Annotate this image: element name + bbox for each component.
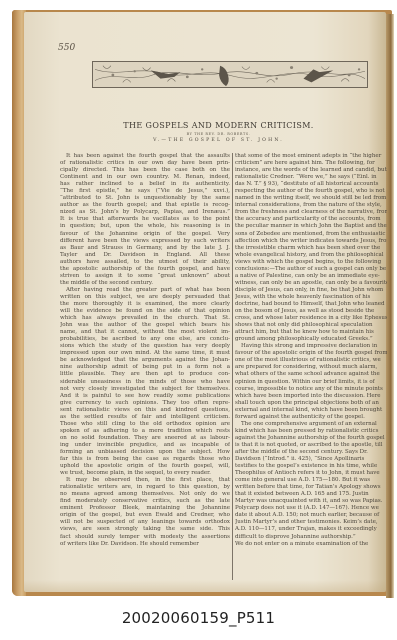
text-line: We do not enter on a minute examination … [235,541,387,548]
text-line: date it about A.D. 150; not much earlier… [235,512,387,519]
text-line: A.D. 110—117, under Trajan, makes it exc… [235,526,387,533]
text-line: name, and that it cannot, without the mo… [60,329,230,336]
text-line: After having read the greater part of wh… [60,287,230,294]
decorative-banner-icon [92,61,368,88]
left-text-column: It has been against the fourth gospel th… [60,153,230,548]
text-line: affection which the writer indicates tow… [235,238,387,245]
article-byline: BY THE REV. DR. ROBERTS. [0,132,397,136]
text-line: It has been against the fourth gospel th… [60,153,230,160]
text-line: witness, can only be an apostle, can onl… [235,280,387,287]
text-line: uphold the apostolic origin of the fourt… [60,463,230,470]
text-line: difficult to disprove Johannine authorsh… [235,534,387,541]
text-line: forming an unbiassed decision upon the s… [60,449,230,456]
text-line: ing under invincible prejudice, and as i… [60,442,230,449]
text-line: conclusions:—The author of such a gospel… [235,266,387,273]
image-caption: 20020060159_P511 [0,609,397,627]
book-spine [386,14,394,598]
text-line: ground among philosophically educated Gr… [235,336,387,343]
text-line: external and internal kind, which have b… [235,407,387,414]
text-line: in question; but, upon the whole, his re… [60,223,230,230]
text-line: Tayler and Dr. Davidson in England. All … [60,252,230,259]
section-heading: V.—THE GOSPEL OF ST. JOHN. [0,138,397,143]
text-line: favour of the Johannine origin of the go… [60,231,230,238]
text-line: little plausible. They are then apt to p… [60,371,230,378]
text-line: cross, and whose later residence in a ci… [235,315,387,322]
text-line: be acknowledged that the arguments again… [60,357,230,364]
text-line: Polycarp does not use it (A.D. 147—167).… [235,505,387,512]
birds-foliage-icon [93,62,367,87]
text-line: It is true that afterwards he vacillates… [60,216,230,223]
text-line: favour of the apostolic origin of the fo… [235,350,387,357]
text-line: on the bosom of Jesus, as well as stood … [235,308,387,315]
text-line: John was the author of the gospel which … [60,322,230,329]
text-line: the apostolic authorship of the fourth g… [60,266,230,273]
text-line: forward against the authenticity of the … [235,414,387,421]
text-line: one of the most illustrious of rationali… [235,357,387,364]
text-line: authors have assailed, to the utmost of … [60,259,230,266]
text-line: Having this strong and impressive declar… [235,343,387,350]
text-line: origin of the gospel, but even Ewald and… [60,512,230,519]
text-line: the accuracy and particularity of the ac… [235,216,387,223]
text-line: Continent and in our own country. M. Ren… [60,174,230,181]
column-divider [232,153,233,580]
text-line: that it existed between A.D. 165 and 175… [235,491,387,498]
text-line: as Baur and Strauss in Germany, and by t… [60,245,230,252]
text-line: come into general use A.D. 175—180. But … [235,477,387,484]
text-line: are prepared for considering, without mu… [235,364,387,371]
text-line: shows that not only did philosophical sp… [235,322,387,329]
text-line: respecting the author of the fourth gosp… [235,188,387,195]
text-line: testifies to the gospel’s existence in h… [235,463,387,470]
text-line: which have been imported into the discus… [235,393,387,400]
text-line: find moderately conservative critics, su… [60,498,230,505]
text-line: named in the writing itself, we should s… [235,195,387,202]
text-line: rationalistic Credner. “Were we,” he say… [235,174,387,181]
text-line: after the middle of the second century. … [235,449,387,456]
text-line: has rather inclined to a belief in its a… [60,181,230,188]
text-line: striven to assign it to some “great unkn… [60,273,230,280]
text-line: is that it is not quoted, or ascribed to… [235,442,387,449]
text-line: opinion in question. Within our brief li… [235,379,387,386]
page-number: 550 [58,43,75,53]
text-line: will not be suspected of any leanings to… [60,519,230,526]
article-title: THE GOSPELS AND MODERN CRITICISM. [0,121,397,130]
text-line: attract him, but that he knew how to mai… [235,329,387,336]
text-line: give currency to such opinions. They too… [60,400,230,407]
text-line: the irresistible charm which has been sh… [235,245,387,252]
text-line: sent rationalistic views on this and kin… [60,407,230,414]
text-line: which has always prevailed in the church… [60,315,230,322]
text-line: written on this subject, we are deeply p… [60,294,230,301]
text-line: different have been the views expressed … [60,238,230,245]
text-line: no means agreed among themselves. Not on… [60,491,230,498]
text-line: far this is from being the case as regar… [60,456,230,463]
text-line: cipally directed. This has been the case… [60,167,230,174]
text-line: will the evidence be found on the side o… [60,308,230,315]
text-line: as the settled results of fair and intel… [60,414,230,421]
text-line: “The first epistle,” he says (“Vie de Je… [60,188,230,195]
text-line: instance, are the words of the learned a… [235,167,387,174]
text-line: what others of the same school advance a… [235,371,387,378]
text-line: criticism” are here against him. The fol… [235,160,387,167]
text-line: siderable uneasiness in the minds of tho… [60,379,230,386]
text-line: views with which the gospel begins, to t… [235,259,387,266]
page-shadow [24,580,386,592]
text-line: The one comprehensive argument of an ext… [235,421,387,428]
right-text-column: that some of the most eminent adepts in … [235,153,387,548]
text-line: impressed upon our own mind. At the same… [60,350,230,357]
text-line: internal considerations, from the nature… [235,202,387,209]
text-line: the middle of the second century. [60,280,230,287]
text-line: Davidson (“Introd.” ii. 425), “Since Apo… [235,456,387,463]
text-line: probabilities, be ascribed to any one el… [60,336,230,343]
text-line: sions which the study of the question ha… [60,343,230,350]
text-line: course, impossible to notice any of the … [235,386,387,393]
text-line: Theophilus of Antioch refers it to John,… [235,470,387,477]
text-line: Martyr was unacquainted with it, and so … [235,498,387,505]
text-line: not very closely investigated the subjec… [60,386,230,393]
text-line: fact should surely temper with modesty t… [60,534,230,541]
text-line: rationalistic writers are, in regard to … [60,484,230,491]
text-line: Those who still cling to the old orthodo… [60,421,230,428]
text-line: the more thoroughly it is examined, the … [60,301,230,308]
text-line: It may be observed then, in the first pl… [60,477,230,484]
text-line: nine authorship admit of being put in a … [60,364,230,371]
text-line: nized as St. John’s by Polycarp, Papias,… [60,209,230,216]
text-line: eminent Professor Bleek, maintaining the… [60,505,230,512]
text-line: from the freshness and clearness of the … [235,209,387,216]
text-line: of writers like Dr. Davidson. He should … [60,541,230,548]
text-line: we trust, become plain, in the sequel, t… [60,470,230,477]
text-line: Justin Martyr’s and other testimonies. K… [235,519,387,526]
text-line: that some of the most eminent adepts in … [235,153,387,160]
text-line: against the Johannine authorship of the … [235,435,387,442]
text-line: doctrine, had bound to Himself, that Joh… [235,301,387,308]
text-line: the peculiar manner in which John the Ba… [235,223,387,230]
text-line: on no solid foundation. They are sneered… [60,435,230,442]
text-line: Jesus, with the whole heavenly fascinati… [235,294,387,301]
text-line: views, are seen strongly taking the same… [60,526,230,533]
text-line: “attributed to St. John is unquestionabl… [60,195,230,202]
text-line: disciple of Jesus, can only, in fine, be… [235,287,387,294]
text-line: spoken of as adhering to a mere traditio… [60,428,230,435]
text-line: a native of Palestine, can only be an im… [235,273,387,280]
text-line: of rationalistic critics in our own day … [60,160,230,167]
text-line: kind which has been pressed by rationali… [235,428,387,435]
text-line: sons of Zebedee are mentioned, from the … [235,231,387,238]
text-line: shall touch upon the principal objection… [235,400,387,407]
text-line: And it is painful to see how readily som… [60,393,230,400]
text-line: das N. T.” § 93), “destitute of all hist… [235,181,387,188]
text-line: whole evangelical history, and from the … [235,252,387,259]
text-line: author as the fourth gospel; and that ep… [60,202,230,209]
text-line: written before that time, for Tatian’s A… [235,484,387,491]
